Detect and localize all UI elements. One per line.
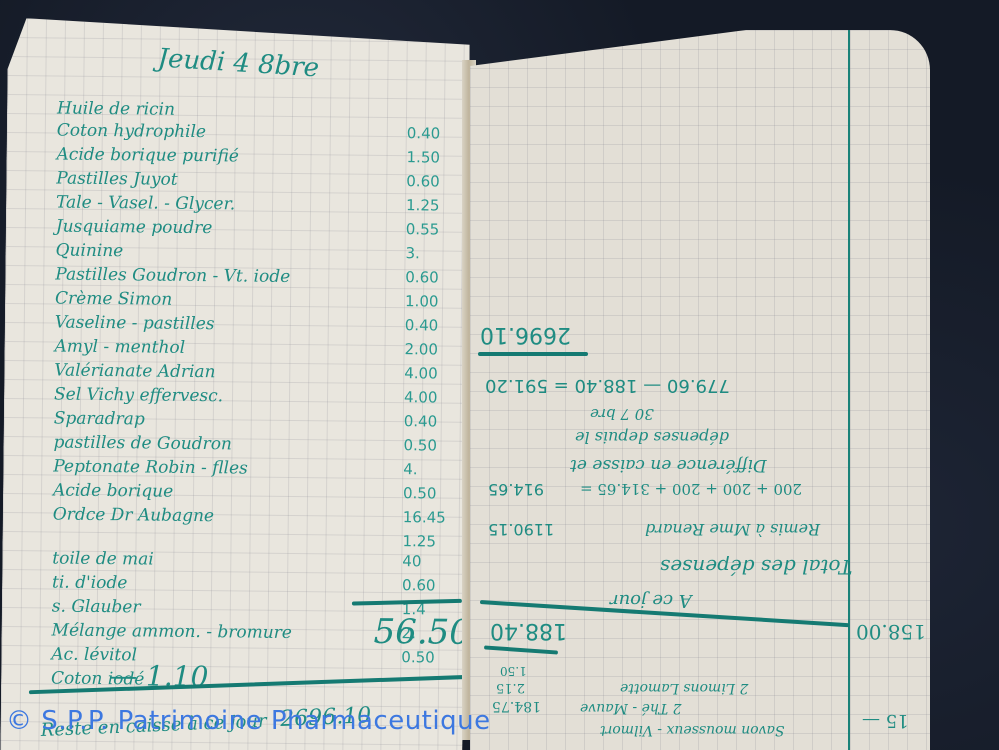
- right-total-top: 2696.10: [480, 322, 571, 347]
- list-item: toile de mai40: [52, 548, 452, 574]
- item-amount: 0.60: [406, 172, 440, 190]
- list-item: Acide borique0.50: [53, 480, 453, 506]
- page-heading: Jeudi 4 8bre: [157, 43, 320, 83]
- item-amount: 4.00: [404, 388, 438, 406]
- list-item: ti. d'iode0.60: [52, 572, 452, 598]
- note-line-2: dépenses depuis le: [575, 428, 729, 447]
- item-label: Crème Simon: [55, 289, 172, 310]
- item-label: Peptonate Robin - flles: [53, 456, 248, 478]
- left-page: Jeudi 4 8bre Huile de ricinCoton hydroph…: [0, 18, 470, 750]
- item-amount: 16.45: [403, 508, 446, 526]
- item-amount: 40: [402, 552, 421, 570]
- item-amount: 4.: [403, 460, 418, 478]
- item-label: s. Glauber: [52, 596, 141, 617]
- margin-bottom-number: 15 —: [862, 710, 909, 731]
- line-1-label: Remis à Mme Renard: [645, 520, 820, 539]
- list-item: Vaseline - pastilles0.40: [55, 313, 455, 339]
- item-amount: 0.60: [402, 576, 436, 594]
- item-label: Pastilles Goudron - Vt. iode: [55, 265, 290, 287]
- list-item: Pastilles Goudron - Vt. iode0.60: [55, 265, 455, 291]
- item-amount: 1.25: [402, 532, 436, 550]
- list-item: Pastilles Juyot0.60: [56, 169, 456, 195]
- margin-line: [848, 30, 850, 750]
- item-list: Huile de ricinCoton hydrophile0.40Acide …: [57, 99, 457, 103]
- list-item: Tale - Vasel. - Glycer.1.25: [56, 193, 456, 219]
- list-item: Quinine3.: [55, 241, 455, 267]
- list-item: Jusquiame poudre0.55: [56, 217, 456, 243]
- bottom-line-1: Savon mousseux - Vilmort: [600, 722, 785, 738]
- list-item: Sparadrap0.40: [54, 409, 454, 435]
- list-item: pastilles de Goudron0.50: [53, 433, 453, 459]
- list-item: Sel Vichy effervesc.4.00: [54, 385, 454, 411]
- a-ce-jour: A ce jour: [610, 590, 692, 611]
- item-label: Valérianate Adrian: [54, 361, 215, 383]
- small-value-1: 184.75: [492, 698, 541, 714]
- item-amount: 0.55: [406, 220, 440, 238]
- item-label: Quinine: [55, 241, 123, 262]
- item-label: Pastilles Juyot: [56, 169, 178, 190]
- item-amount: 1.00: [405, 292, 439, 310]
- item-amount: 0.60: [405, 268, 439, 286]
- item-label: ti. d'iode: [52, 572, 127, 593]
- item-amount: 3.: [405, 244, 420, 262]
- item-label: Amyl - menthol: [54, 337, 185, 358]
- list-item: Ordce Dr Aubagne16.45: [53, 504, 453, 530]
- item-label: toile de mai: [52, 548, 154, 569]
- item-amount: 4.00: [404, 364, 438, 382]
- note-line-3: 30 7 bre: [590, 405, 654, 423]
- item-amount: 1.25: [406, 196, 440, 214]
- item-label: Sel Vichy effervesc.: [54, 385, 223, 407]
- list-item: Crème Simon1.00: [55, 289, 455, 315]
- line-2-value: 914.65: [488, 480, 544, 499]
- right-total-rule: [478, 352, 588, 356]
- list-item: Peptonate Robin - flles4.: [53, 456, 453, 482]
- item-amount: 1.50: [406, 148, 440, 166]
- item-label: Vaseline - pastilles: [55, 313, 215, 335]
- item-amount: 0.50: [403, 484, 437, 502]
- note-line-1: Différence en caisse et: [570, 455, 767, 475]
- item-amount: 0.40: [404, 412, 438, 430]
- item-amount: 0.40: [407, 124, 441, 142]
- item-amount: 0.50: [403, 436, 437, 454]
- item-amount: 0.40: [405, 316, 439, 334]
- item-amount: 2.00: [404, 340, 438, 358]
- list-item: Valérianate Adrian4.00: [54, 361, 454, 387]
- item-label: Sparadrap: [54, 409, 145, 430]
- copyright-watermark: © S.P.P. Patrimoine Pharmaceutique: [6, 706, 491, 736]
- small-value-3: 1.50: [500, 664, 527, 678]
- item-label: Huile de ricin: [57, 99, 175, 120]
- total-title: Total des dépenses: [660, 555, 852, 579]
- margin-number: 158.00: [856, 620, 926, 644]
- right-subtotal: 188.40: [490, 618, 567, 643]
- list-item: Coton hydrophile0.40: [57, 121, 457, 147]
- calc-line: 779.60 — 188.40 = 591.20: [485, 375, 730, 396]
- item-label: pastilles de Goudron: [53, 433, 232, 455]
- item-label: Coton hydrophile: [57, 121, 206, 143]
- list-item: Acide borique purifié1.50: [56, 145, 456, 171]
- item-label: Ordce Dr Aubagne: [53, 504, 214, 526]
- small-value-2: 2.15: [496, 680, 525, 695]
- bottom-line-2: 2 Thé - Mauve: [580, 700, 682, 716]
- line-2-label: 200 + 200 + 200 + 314.65 =: [580, 480, 802, 498]
- item-label: Acide borique: [53, 480, 173, 501]
- subtotal-amount: 56.50: [373, 612, 471, 653]
- line-1-value: 1190.15: [488, 520, 554, 539]
- list-item: Amyl - menthol2.00: [54, 337, 454, 363]
- item-label: Acide borique purifié: [56, 145, 239, 167]
- item-label: Tale - Vasel. - Glycer.: [56, 193, 235, 215]
- bottom-line-3: 2 Limons Lamotte: [620, 680, 748, 696]
- item-label: Jusquiame poudre: [56, 217, 213, 239]
- item-label: Mélange ammon. - bromure: [51, 620, 292, 643]
